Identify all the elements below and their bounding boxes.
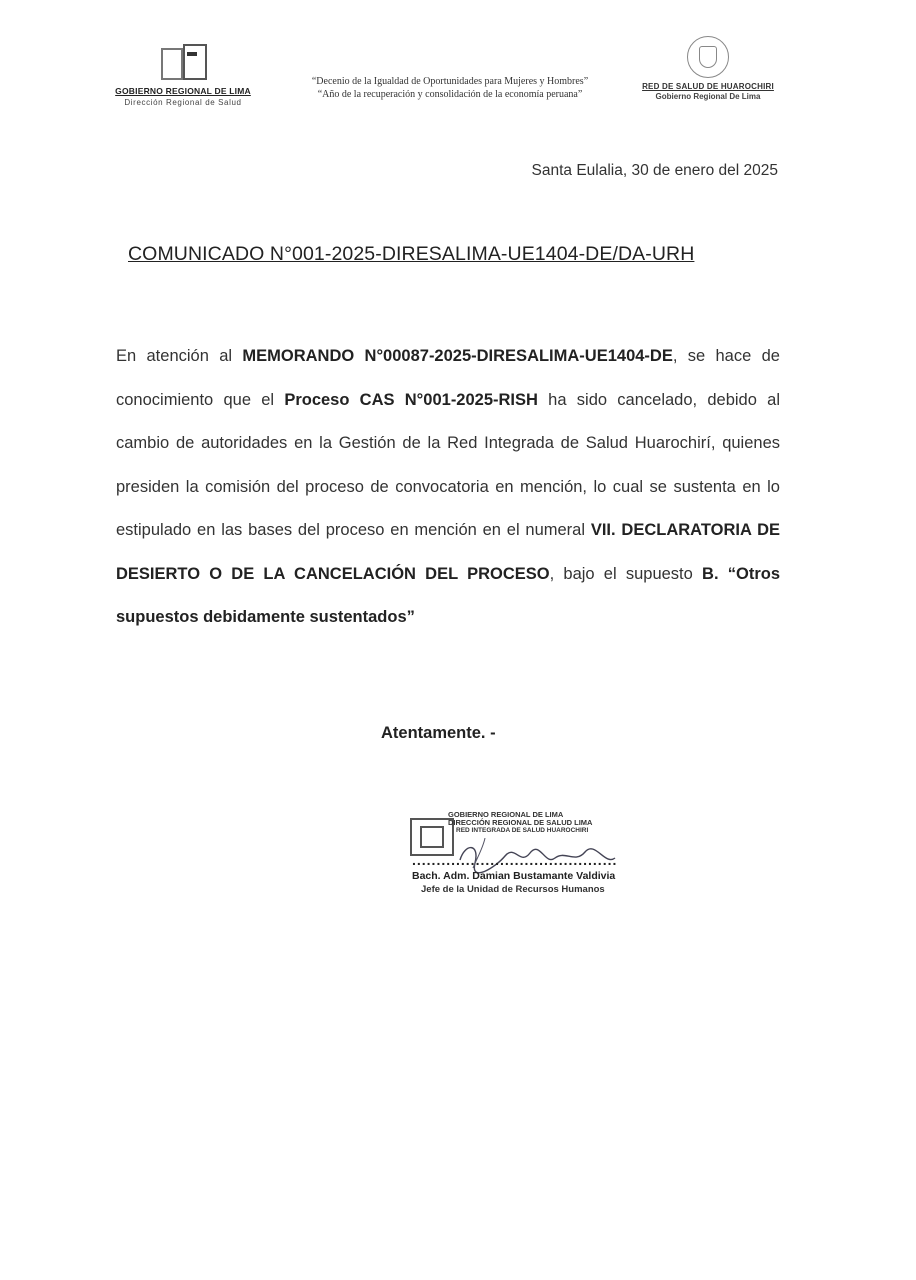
left-org-name: GOBIERNO REGIONAL DE LIMA	[113, 86, 253, 96]
slogans: “Decenio de la Igualdad de Oportunidades…	[270, 75, 630, 101]
left-org-subtitle: Dirección Regional de Salud	[113, 98, 253, 107]
right-org-name: RED DE SALUD DE HUAROCHIRI	[628, 82, 788, 91]
signer-role: Jefe de la Unidad de Recursos Humanos	[421, 884, 605, 895]
right-org-subtitle: Gobierno Regional De Lima	[628, 92, 788, 101]
body-text-3: ha sido cancelado, debido al cambio de a…	[116, 391, 780, 540]
process-reference: Proceso CAS N°001-2025-RISH	[284, 391, 538, 409]
date-line: Santa Eulalia, 30 de enero del 2025	[532, 162, 778, 180]
stamp-line-2: DIRECCIÓN REGIONAL DE SALUD LIMA	[448, 819, 623, 827]
slogan-1: “Decenio de la Igualdad de Oportunidades…	[270, 75, 630, 88]
gobierno-regional-logo-icon	[157, 44, 209, 82]
gobierno-regional-logo-block: GOBIERNO REGIONAL DE LIMA Dirección Regi…	[113, 44, 253, 107]
signer-name: Bach. Adm. Damian Bustamante Valdivia	[412, 870, 615, 882]
body-text-1: En atención al	[116, 347, 242, 365]
closing: Atentamente. -	[381, 724, 496, 743]
signature-line: ........................................…	[412, 852, 617, 868]
memo-reference: MEMORANDO N°00087-2025-DIRESALIMA-UE1404…	[242, 347, 672, 365]
body-paragraph: En atención al MEMORANDO N°00087-2025-DI…	[116, 335, 780, 640]
body-text-4: , bajo el supuesto	[550, 565, 702, 583]
slogan-2: “Año de la recuperación y consolidación …	[270, 88, 630, 101]
stamp-text: GOBIERNO REGIONAL DE LIMA DIRECCIÓN REGI…	[448, 811, 623, 835]
document-title: COMUNICADO N°001-2025-DIRESALIMA-UE1404-…	[128, 243, 694, 266]
stamp-line-3: RED INTEGRADA DE SALUD HUAROCHIRI	[448, 827, 623, 835]
red-salud-logo-block: RED DE SALUD DE HUAROCHIRI Gobierno Regi…	[628, 36, 788, 101]
red-salud-seal-icon	[687, 36, 729, 78]
